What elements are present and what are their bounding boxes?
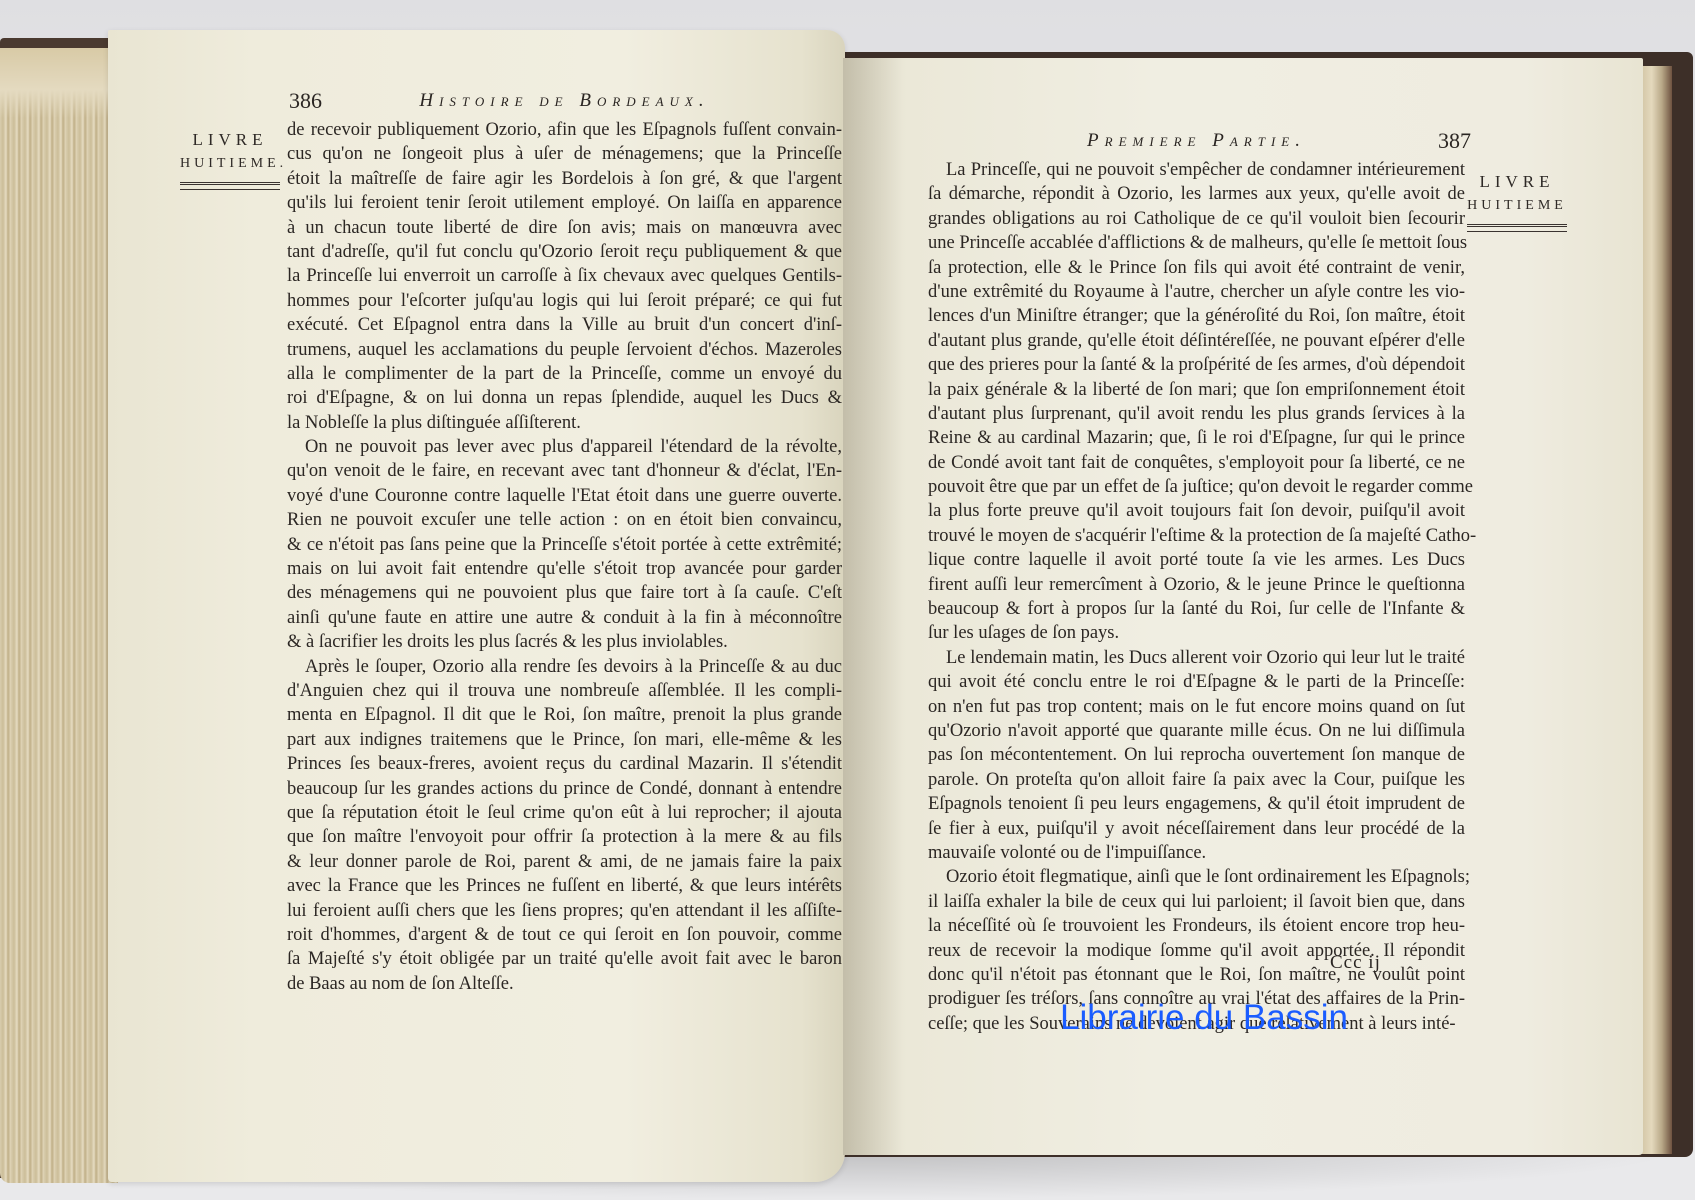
text-line: Reine & au cardinal Mazarin; que, ſi le … <box>928 426 1465 450</box>
text-line: il laiſſa exhaler la bile de ceux qui lu… <box>928 890 1465 914</box>
text-line: à un chacun toute liberté de dire ſon av… <box>287 216 842 240</box>
text-line: de Condé avoit tant fait de conquêtes, s… <box>928 451 1465 475</box>
signature-mark: Ccc ij <box>1330 952 1381 974</box>
margin-note-livre: Livre <box>1467 170 1567 194</box>
text-line: ſe fier à eux, puiſqu'il y avoit néceſſa… <box>928 817 1465 841</box>
text-line: ſur les uſages de ſon pays. <box>928 621 1465 645</box>
text-line: la paix générale & la liberté de ſon mar… <box>928 378 1465 402</box>
text-line: de Baas au nom de ſon Alteſſe. <box>287 972 842 996</box>
right-page-text: Premiere Partie. 387 La Princeſſe, qui n… <box>928 128 1465 1036</box>
text-line: qu'Ozorio n'avoit apporté que quarante m… <box>928 719 1465 743</box>
text-line: ainſi qu'une faute en attire une autre &… <box>287 606 842 630</box>
text-line: ſa Majeſté s'y étoit obligée par un trai… <box>287 947 842 971</box>
text-line: des ménagemens qui ne pouvoient plus que… <box>287 581 842 605</box>
text-line: d'une extrêmité du Royaume à l'autre, ch… <box>928 280 1465 304</box>
text-line: la Princeſſe lui enverroit un carroſſe à… <box>287 264 842 288</box>
left-running-head: 386 Histoire de Bordeaux. <box>287 88 842 118</box>
right-lines: La Princeſſe, qui ne pouvoit s'empêcher … <box>928 158 1465 1036</box>
text-line: mauvaiſe volonté ou de l'impuiſſance. <box>928 841 1465 865</box>
text-line: avec la France que les Princes ne fuſſen… <box>287 874 842 898</box>
text-line: qu'ils lui feroient tenir ſeroit utileme… <box>287 191 842 215</box>
text-line: que ſon maître l'envoyoit pour offrir ſa… <box>287 825 842 849</box>
text-line: cus qu'on ne ſongeoit plus à uſer de mén… <box>287 142 842 166</box>
text-line: beaucoup & fort à propos ſur la ſanté du… <box>928 597 1465 621</box>
left-page-text: 386 Histoire de Bordeaux. de recevoir pu… <box>287 88 842 996</box>
running-head-title: Histoire de Bordeaux. <box>287 90 842 112</box>
left-margin-note: Livre huitieme. <box>180 128 280 190</box>
margin-note-huitieme: huitieme. <box>180 152 280 176</box>
text-line: on n'en fut pas trop content; mais on le… <box>928 695 1465 719</box>
text-line: donc qu'il n'étoit pas étonnant que le R… <box>928 963 1465 987</box>
margin-note-livre: Livre <box>180 128 280 152</box>
margin-note-huitieme: huitieme <box>1467 194 1567 218</box>
text-line: roi d'Eſpagne, & on lui donna un repas ſ… <box>287 386 842 410</box>
text-line: voyé d'une Couronne contre laquelle l'Et… <box>287 484 842 508</box>
watermark: Librairie du Bassin <box>1060 998 1348 1038</box>
text-line: lui feroient auſſi chers que les ſiens p… <box>287 899 842 923</box>
text-line: qu'on venoit de le faire, en recevant av… <box>287 459 842 483</box>
text-line: grandes obligations au roi Catholique de… <box>928 207 1465 231</box>
text-line: pas ſon mécontentement. On lui reprocha … <box>928 743 1465 767</box>
text-line: d'autant plus ſurprenant, qu'il avoit re… <box>928 402 1465 426</box>
text-line: reux de recevoir la modique ſomme qu'il … <box>928 939 1465 963</box>
text-line: mais on lui avoit fait entendre qu'elle … <box>287 557 842 581</box>
text-line: Eſpagnols tenoient ſi peu leurs engageme… <box>928 792 1465 816</box>
margin-rule <box>1467 224 1567 232</box>
text-line: d'autant plus grande, qu'elle étoit déſi… <box>928 329 1465 353</box>
text-line: firent auſſi leur remercîment à Ozorio, … <box>928 573 1465 597</box>
text-line: ſa protection, elle & le Prince ſon fils… <box>928 256 1465 280</box>
text-line: lences d'un Miniſtre étranger; que la gé… <box>928 304 1465 328</box>
text-line: Le lendemain matin, les Ducs allerent vo… <box>928 646 1465 670</box>
page-number-right: 387 <box>1438 128 1471 154</box>
text-line: Ozorio étoit flegmatique, ainſi que le ſ… <box>928 865 1465 889</box>
text-line: que ſa réputation étoit le ſeul crime qu… <box>287 801 842 825</box>
text-line: la néceſſité où ſe trouvoient les Fronde… <box>928 914 1465 938</box>
text-line: trouvé le moyen de s'acquérir l'eſtime &… <box>928 524 1465 548</box>
text-line: étoit la maîtreſſe de faire agir les Bor… <box>287 167 842 191</box>
book-right-edge <box>1638 66 1672 1154</box>
text-line: lique contre laquelle il avoit porté tou… <box>928 548 1465 572</box>
text-line: Après le ſouper, Ozorio alla rendre ſes … <box>287 655 842 679</box>
book-page-edges <box>0 48 118 1183</box>
text-line: la plus forte preuve qu'il avoit toujour… <box>928 499 1465 523</box>
text-line: & à ſacrifier les droits les plus ſacrés… <box>287 630 842 654</box>
gutter-shadow <box>843 58 903 1155</box>
text-line: beaucoup ſur les grandes actions du prin… <box>287 777 842 801</box>
text-line: parole. On proteſta qu'on alloit faire ſ… <box>928 768 1465 792</box>
text-line: qui avoit été conclu entre le roi d'Eſpa… <box>928 670 1465 694</box>
text-line: La Princeſſe, qui ne pouvoit s'empêcher … <box>928 158 1465 182</box>
left-lines: de recevoir publiquement Ozorio, afin qu… <box>287 118 842 996</box>
text-line: une Princeſſe accablée d'afflictions & d… <box>928 231 1465 255</box>
text-line: Rien ne pouvoit excuſer une telle action… <box>287 508 842 532</box>
text-line: d'Anguien chez qui il trouva une nombreu… <box>287 679 842 703</box>
text-line: & leur donner parole de Roi, parent & am… <box>287 850 842 874</box>
text-line: Princes ſes beaux-freres, avoient reçus … <box>287 752 842 776</box>
text-line: & ce n'étoit pas ſans peine que la Princ… <box>287 533 842 557</box>
text-line: tant d'adreſſe, qu'il fut conclu qu'Ozor… <box>287 240 842 264</box>
text-line: menta en Eſpagnol. Il dit que le Roi, ſo… <box>287 703 842 727</box>
text-line: que des prieres pour la ſanté & la proſp… <box>928 353 1465 377</box>
running-head-title: Premiere Partie. <box>928 130 1465 152</box>
text-line: pouvoit être que par un effet de ſa juſt… <box>928 475 1465 499</box>
text-line: roit d'hommes, d'argent & de tout ce qui… <box>287 923 842 947</box>
text-line: part aux indignes traitemens que le Prin… <box>287 728 842 752</box>
text-line: hommes pour l'eſcorter juſqu'au logis qu… <box>287 289 842 313</box>
right-margin-note: Livre huitieme <box>1467 170 1567 232</box>
text-line: On ne pouvoit pas lever avec plus d'appa… <box>287 435 842 459</box>
text-line: exécuté. Cet Eſpagnol entra dans la Vill… <box>287 313 842 337</box>
right-running-head: Premiere Partie. 387 <box>928 128 1465 158</box>
text-line: alla le complimenter de la part de la Pr… <box>287 362 842 386</box>
text-line: de recevoir publiquement Ozorio, afin qu… <box>287 118 842 142</box>
margin-rule <box>180 182 280 190</box>
text-line: la Nobleſſe la plus diſtinguée aſſiſtere… <box>287 411 842 435</box>
text-line: ſa démarche, répondit à Ozorio, les larm… <box>928 182 1465 206</box>
text-line: trumens, auquel les acclamations du peup… <box>287 338 842 362</box>
